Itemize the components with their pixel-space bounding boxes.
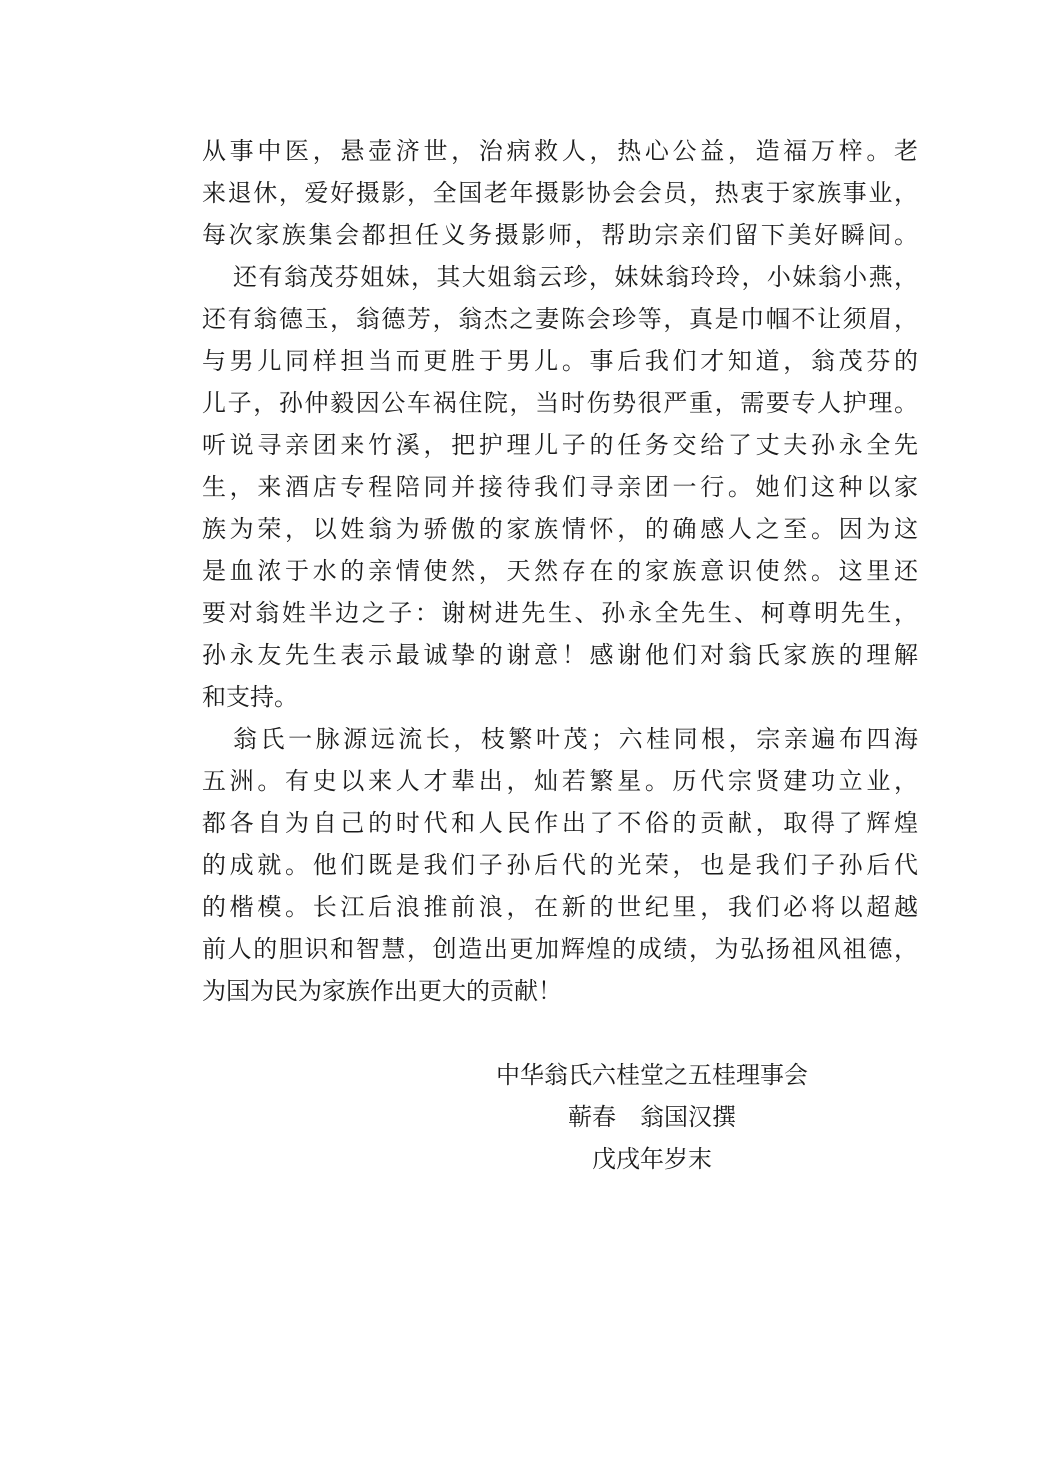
signature-block: 中华翁氏六桂堂之五桂理事会 蕲春 翁国汉撰 戊戌年岁末 (382, 1055, 922, 1181)
text-line: 从事中医，悬壶济世，治病救人，热心公益，造福万梓。老 (202, 131, 918, 173)
paragraph-1: 从事中医，悬壶济世，治病救人，热心公益，造福万梓。老 来退休，爱好摄影，全国老年… (202, 131, 918, 257)
text-line: 族为荣，以姓翁为骄傲的家族情怀，的确感人之至。因为这 (202, 509, 918, 551)
signature-line-organization: 中华翁氏六桂堂之五桂理事会 (382, 1055, 922, 1097)
paragraph-2: 还有翁茂芬姐妹，其大姐翁云珍，妹妹翁玲玲，小妹翁小燕， 还有翁德玉，翁德芳，翁杰… (202, 257, 918, 719)
signature-line-author: 蕲春 翁国汉撰 (382, 1097, 922, 1139)
text-line: 的楷模。长江后浪推前浪，在新的世纪里，我们必将以超越 (202, 887, 918, 929)
text-line: 生，来酒店专程陪同并接待我们寻亲团一行。她们这种以家 (202, 467, 918, 509)
text-line: 与男儿同样担当而更胜于男儿。事后我们才知道，翁茂芬的 (202, 341, 918, 383)
text-line: 听说寻亲团来竹溪，把护理儿子的任务交给了丈夫孙永全先 (202, 425, 918, 467)
text-line: 还有翁德玉，翁德芳，翁杰之妻陈会珍等，真是巾帼不让须眉， (202, 299, 918, 341)
text-line: 来退休，爱好摄影，全国老年摄影协会会员，热衷于家族事业， (202, 173, 918, 215)
text-line: 儿子，孙仲毅因公车祸住院，当时伤势很严重，需要专人护理。 (202, 383, 918, 425)
body-text: 从事中医，悬壶济世，治病救人，热心公益，造福万梓。老 来退休，爱好摄影，全国老年… (202, 131, 918, 1181)
paragraph-3: 翁氏一脉源远流长，枝繁叶茂；六桂同根，宗亲遍布四海 五洲。有史以来人才辈出，灿若… (202, 719, 918, 1013)
text-line: 翁氏一脉源远流长，枝繁叶茂；六桂同根，宗亲遍布四海 (202, 719, 918, 761)
text-line: 孙永友先生表示最诚挚的谢意！感谢他们对翁氏家族的理解 (202, 635, 918, 677)
text-line: 要对翁姓半边之子：谢树进先生、孙永全先生、柯尊明先生， (202, 593, 918, 635)
text-line: 每次家族集会都担任义务摄影师，帮助宗亲们留下美好瞬间。 (202, 215, 918, 257)
text-line: 和支持。 (202, 677, 918, 719)
document-page: 从事中医，悬壶济世，治病救人，热心公益，造福万梓。老 来退休，爱好摄影，全国老年… (0, 0, 1041, 1473)
text-line: 是血浓于水的亲情使然，天然存在的家族意识使然。这里还 (202, 551, 918, 593)
signature-line-date: 戊戌年岁末 (382, 1139, 922, 1181)
text-line: 都各自为自己的时代和人民作出了不俗的贡献，取得了辉煌 (202, 803, 918, 845)
text-line: 前人的胆识和智慧，创造出更加辉煌的成绩，为弘扬祖风祖德， (202, 929, 918, 971)
text-line: 五洲。有史以来人才辈出，灿若繁星。历代宗贤建功立业， (202, 761, 918, 803)
text-line: 的成就。他们既是我们子孙后代的光荣，也是我们子孙后代 (202, 845, 918, 887)
text-line: 为国为民为家族作出更大的贡献！ (202, 971, 918, 1013)
text-line: 还有翁茂芬姐妹，其大姐翁云珍，妹妹翁玲玲，小妹翁小燕， (202, 257, 918, 299)
